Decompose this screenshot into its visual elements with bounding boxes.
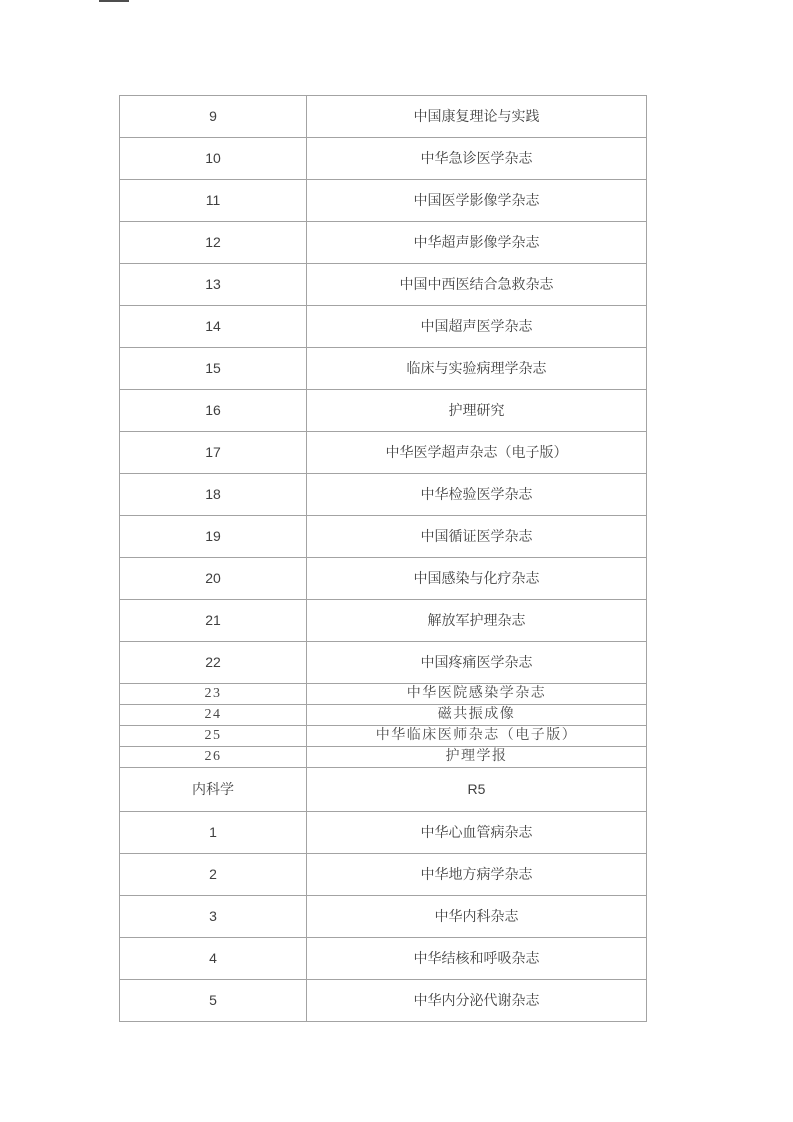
journal-name-cell: 中华心血管病杂志 (307, 812, 647, 854)
table-row: 2中华地方病学杂志 (120, 854, 647, 896)
journal-name-cell: 中华临床医师杂志（电子版） (307, 726, 647, 747)
journal-name-cell: 中华地方病学杂志 (307, 854, 647, 896)
journal-name-cell: 中华急诊医学杂志 (307, 138, 647, 180)
journal-name-cell: 护理研究 (307, 390, 647, 432)
row-number-cell: 14 (120, 306, 307, 348)
journal-name-cell: 中国中西医结合急救杂志 (307, 264, 647, 306)
table-row: 1中华心血管病杂志 (120, 812, 647, 854)
table-row: 25中华临床医师杂志（电子版） (120, 726, 647, 747)
journal-name-cell: 中国超声医学杂志 (307, 306, 647, 348)
row-number-cell: 1 (120, 812, 307, 854)
table-row: 16护理研究 (120, 390, 647, 432)
table-row: 24磁共振成像 (120, 705, 647, 726)
section-title-cell: 内科学 (120, 768, 307, 812)
row-number-cell: 3 (120, 896, 307, 938)
section-header-row: 内科学R5 (120, 768, 647, 812)
table-row: 20中国感染与化疗杂志 (120, 558, 647, 600)
journal-name-cell: 中国医学影像学杂志 (307, 180, 647, 222)
row-number-cell: 13 (120, 264, 307, 306)
table-row: 11中国医学影像学杂志 (120, 180, 647, 222)
journal-list-table: 9中国康复理论与实践10中华急诊医学杂志11中国医学影像学杂志12中华超声影像学… (119, 95, 647, 1022)
section-code-cell: R5 (307, 768, 647, 812)
table-row: 5中华内分泌代谢杂志 (120, 980, 647, 1022)
row-number-cell: 21 (120, 600, 307, 642)
row-number-cell: 9 (120, 96, 307, 138)
row-number-cell: 19 (120, 516, 307, 558)
journal-name-cell: 磁共振成像 (307, 705, 647, 726)
journal-name-cell: 中国疼痛医学杂志 (307, 642, 647, 684)
table-row: 22中国疼痛医学杂志 (120, 642, 647, 684)
journal-name-cell: 护理学报 (307, 747, 647, 768)
journal-name-cell: 中国循证医学杂志 (307, 516, 647, 558)
table-row: 9中国康复理论与实践 (120, 96, 647, 138)
journal-name-cell: 临床与实验病理学杂志 (307, 348, 647, 390)
row-number-cell: 5 (120, 980, 307, 1022)
journal-name-cell: 中华检验医学杂志 (307, 474, 647, 516)
table-row: 17中华医学超声杂志（电子版） (120, 432, 647, 474)
journal-name-cell: 中华内分泌代谢杂志 (307, 980, 647, 1022)
row-number-cell: 11 (120, 180, 307, 222)
row-number-cell: 15 (120, 348, 307, 390)
row-number-cell: 22 (120, 642, 307, 684)
journal-name-cell: 解放军护理杂志 (307, 600, 647, 642)
row-number-cell: 17 (120, 432, 307, 474)
row-number-cell: 4 (120, 938, 307, 980)
table-row: 21解放军护理杂志 (120, 600, 647, 642)
row-number-cell: 23 (120, 684, 307, 705)
journal-name-cell: 中华医学超声杂志（电子版） (307, 432, 647, 474)
table-row: 10中华急诊医学杂志 (120, 138, 647, 180)
table-row: 13中国中西医结合急救杂志 (120, 264, 647, 306)
table-row: 14中国超声医学杂志 (120, 306, 647, 348)
row-number-cell: 26 (120, 747, 307, 768)
row-number-cell: 10 (120, 138, 307, 180)
journal-name-cell: 中华内科杂志 (307, 896, 647, 938)
previous-page-table-border-fragment (99, 0, 129, 2)
journal-name-cell: 中华结核和呼吸杂志 (307, 938, 647, 980)
row-number-cell: 24 (120, 705, 307, 726)
row-number-cell: 20 (120, 558, 307, 600)
journal-name-cell: 中华超声影像学杂志 (307, 222, 647, 264)
table-row: 4中华结核和呼吸杂志 (120, 938, 647, 980)
table-row: 19中国循证医学杂志 (120, 516, 647, 558)
table-row: 15临床与实验病理学杂志 (120, 348, 647, 390)
table-row: 18中华检验医学杂志 (120, 474, 647, 516)
row-number-cell: 2 (120, 854, 307, 896)
journal-name-cell: 中国康复理论与实践 (307, 96, 647, 138)
row-number-cell: 18 (120, 474, 307, 516)
document-page: 9中国康复理论与实践10中华急诊医学杂志11中国医学影像学杂志12中华超声影像学… (0, 0, 793, 1122)
row-number-cell: 16 (120, 390, 307, 432)
table-row: 3中华内科杂志 (120, 896, 647, 938)
row-number-cell: 12 (120, 222, 307, 264)
journal-name-cell: 中国感染与化疗杂志 (307, 558, 647, 600)
row-number-cell: 25 (120, 726, 307, 747)
table-row: 23中华医院感染学杂志 (120, 684, 647, 705)
journal-name-cell: 中华医院感染学杂志 (307, 684, 647, 705)
table-row: 26护理学报 (120, 747, 647, 768)
table-row: 12中华超声影像学杂志 (120, 222, 647, 264)
